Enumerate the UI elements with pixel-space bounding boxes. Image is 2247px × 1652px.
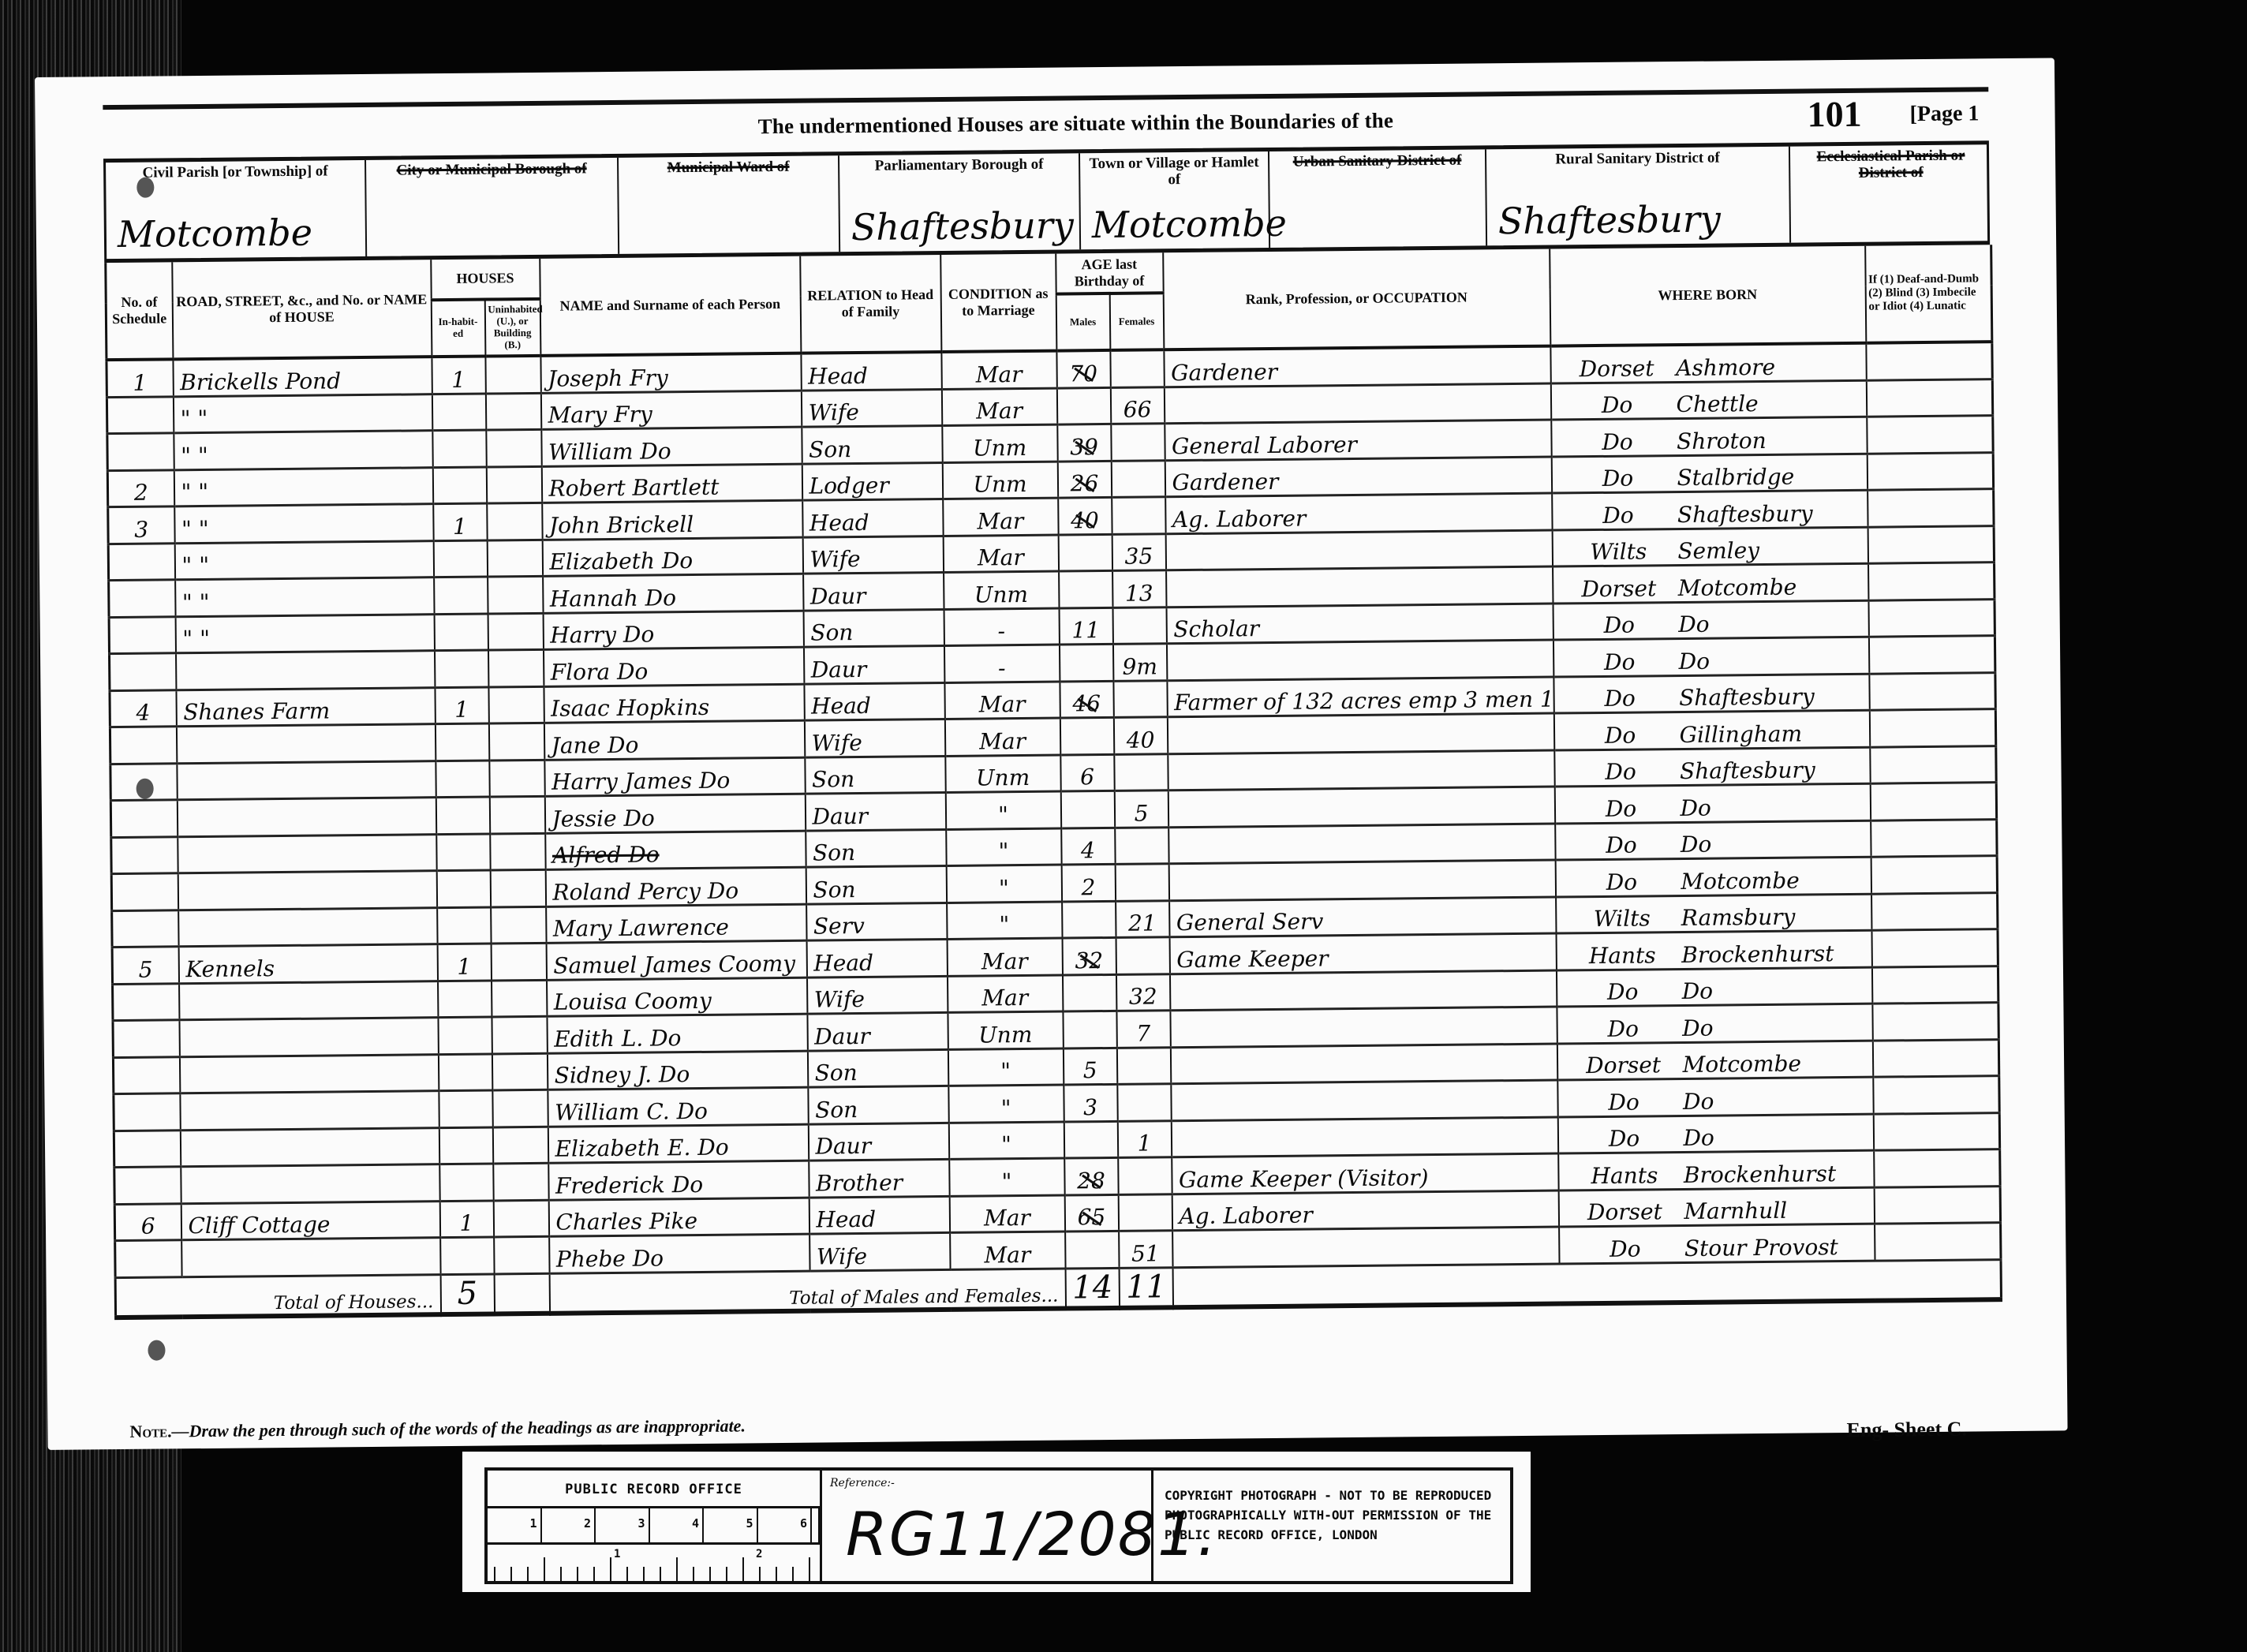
marital-condition-text: - xyxy=(997,618,1005,644)
marital-condition-text: " xyxy=(998,838,1008,864)
scale-tick xyxy=(693,1567,694,1581)
person-name-text: Robert Bartlett xyxy=(548,474,719,502)
female-age xyxy=(1116,937,1169,974)
marital-condition-text: Mar xyxy=(976,398,1023,424)
col-males: Males xyxy=(1056,293,1110,350)
person-name-text: Mary Lawrence xyxy=(553,914,729,942)
marital-condition: Unm xyxy=(944,571,1059,609)
inhabited-count xyxy=(438,981,492,1018)
relation-text: Son xyxy=(813,839,855,866)
relation: Son xyxy=(808,1086,948,1124)
schedule-no xyxy=(114,1093,180,1131)
census-table: No. of Schedule ROAD, STREET, &c., and N… xyxy=(104,245,2002,1320)
occupation xyxy=(1167,713,1553,753)
born-county: Dorset xyxy=(1564,1052,1682,1078)
schedule-no-text: 1 xyxy=(133,369,147,395)
record-office-card: PUBLIC RECORD OFFICE 123456 12 Reference… xyxy=(462,1452,1531,1592)
occupation: Farmer of 132 acres emp 3 men 1 boy xyxy=(1167,677,1553,717)
person-name-text: Isaac Hopkins xyxy=(551,694,709,722)
birthplace: DoShaftesbury xyxy=(1552,490,1868,529)
reference-block: Reference:- RG11/2081. xyxy=(822,1471,1153,1581)
born-county: Do xyxy=(1564,978,1682,1005)
house-address-text: " " xyxy=(182,589,210,615)
person-name-text: Flora Do xyxy=(551,658,649,685)
inhabited-count xyxy=(432,467,486,504)
relation: Wife xyxy=(809,1233,950,1271)
scale-tick xyxy=(776,1567,777,1581)
boundary-cell: Municipal Ward of xyxy=(619,155,840,254)
male-age xyxy=(1062,901,1116,938)
relation-text: Head xyxy=(816,1206,876,1233)
inhabited-count-text: 1 xyxy=(457,953,471,979)
scale-tick xyxy=(809,1557,810,1581)
reference-value: RG11/2081. xyxy=(846,1499,1218,1569)
marital-condition-text: Mar xyxy=(984,1205,1030,1232)
uninhabited-count xyxy=(485,356,540,394)
boundary-label: Rural Sanitary District of xyxy=(1493,150,1782,169)
female-age-text: 35 xyxy=(1124,544,1153,570)
birthplace: DoStalbridge xyxy=(1551,454,1867,493)
boundary-cell: Urban Sanitary District of xyxy=(1269,149,1487,248)
person-name-text: Hannah Do xyxy=(550,585,676,612)
born-county: Hants xyxy=(1563,942,1681,969)
marital-condition: Mar xyxy=(941,351,1056,389)
relation-text: Daur xyxy=(811,656,867,683)
uninhabited-count xyxy=(493,1200,548,1237)
house-address-text: " " xyxy=(182,626,210,652)
born-county: Do xyxy=(1561,685,1679,712)
infirmity xyxy=(1868,599,1995,637)
schedule-no xyxy=(110,800,177,837)
schedule-no: 1 xyxy=(107,359,173,397)
male-age: 11 xyxy=(1059,607,1112,645)
infirmity xyxy=(1869,709,1995,747)
born-place: Motcombe xyxy=(1678,574,1797,600)
born-county: Wilts xyxy=(1559,538,1677,565)
uninhabited-count xyxy=(492,1053,547,1090)
census-form: The undermentioned Houses are situate wi… xyxy=(103,87,2000,1319)
female-age xyxy=(1111,424,1165,461)
occupation xyxy=(1171,1080,1557,1120)
uninhabited-count xyxy=(489,796,544,833)
house-address xyxy=(177,761,436,800)
person-name: Harry Do xyxy=(543,611,803,650)
person-name-text: Harry Do xyxy=(550,622,654,648)
relation-text: Head xyxy=(808,363,868,390)
born-place: Do xyxy=(1682,978,1714,1004)
uninhabited-count xyxy=(486,466,541,503)
inhabited-count-text: 1 xyxy=(451,366,465,392)
marital-condition-text: Unm xyxy=(978,1022,1033,1048)
col-houses: HOUSES xyxy=(431,259,540,301)
uninhabited-count xyxy=(490,833,545,870)
scale-inch-mark: 2 xyxy=(756,1548,762,1560)
male-age: 2 xyxy=(1061,865,1115,902)
marital-condition-text: " xyxy=(999,875,1009,901)
male-age: 32 xyxy=(1062,938,1116,975)
inhabited-count xyxy=(435,723,488,761)
total-houses-label: Total of Houses... xyxy=(115,1274,440,1317)
occupation xyxy=(1164,383,1550,424)
sheet-id: Eng- Sheet C. xyxy=(1846,1418,1967,1442)
occupation-text: Ag. Laborer xyxy=(1172,505,1307,533)
footnote: Note.—Draw the pen through such of the w… xyxy=(129,1415,746,1441)
birthplace: DoDo xyxy=(1557,1077,1873,1116)
occupation xyxy=(1168,787,1554,827)
marital-condition-text: " xyxy=(999,911,1009,937)
marital-condition-text: Mar xyxy=(979,691,1026,718)
inhabited-count xyxy=(432,430,486,467)
infirmity xyxy=(1868,489,1994,527)
male-age-text: 70 xyxy=(1069,361,1097,387)
person-name: Roland Percy Do xyxy=(545,867,806,906)
schedule-no xyxy=(114,1167,181,1204)
boundary-cell: Rural Sanitary District of Shaftesbury xyxy=(1486,147,1791,246)
marital-condition: " xyxy=(948,1122,1064,1160)
uninhabited-count xyxy=(488,723,544,760)
occupation xyxy=(1172,1227,1559,1267)
schedule-no xyxy=(110,653,176,690)
house-address: " " xyxy=(173,394,432,433)
person-name: Samuel James Coomy xyxy=(546,940,806,980)
female-age-text: 51 xyxy=(1131,1240,1160,1266)
schedule-no xyxy=(108,543,174,580)
male-age-text: 3 xyxy=(1083,1094,1097,1120)
house-address xyxy=(180,1127,439,1167)
male-age-text: 28 xyxy=(1077,1168,1105,1194)
relation: Daur xyxy=(807,1013,948,1051)
born-place: Brockenhurst xyxy=(1684,1161,1836,1188)
uninhabited-count xyxy=(488,576,543,613)
male-age xyxy=(1058,534,1112,571)
born-place: Brockenhurst xyxy=(1681,940,1834,968)
female-age-text: 5 xyxy=(1134,800,1148,826)
occupation xyxy=(1168,824,1555,864)
folio-number: 101 xyxy=(1807,93,1862,136)
female-age: 21 xyxy=(1116,900,1169,937)
person-name: Sidney J. Do xyxy=(547,1051,807,1090)
marital-condition: Mar xyxy=(944,682,1060,719)
relation: Son xyxy=(806,829,946,867)
birthplace: HantsBrockenhurst xyxy=(1556,930,1871,970)
female-age: 66 xyxy=(1110,387,1164,424)
born-place: Stalbridge xyxy=(1677,464,1794,491)
female-age-text: 13 xyxy=(1125,580,1153,606)
person-name-text: Charles Pike xyxy=(555,1208,697,1235)
born-place: Shaftesbury xyxy=(1677,500,1813,528)
total-houses-value: 5 xyxy=(440,1274,494,1314)
female-age: 7 xyxy=(1116,1011,1170,1048)
schedule-no xyxy=(115,1240,181,1277)
born-place: Motcombe xyxy=(1682,1051,1801,1078)
born-place: Do xyxy=(1682,1015,1714,1041)
house-address: Brickells Pond xyxy=(173,357,432,396)
marital-condition: Mar xyxy=(943,535,1058,573)
inhabited-count: 1 xyxy=(432,357,485,394)
schedule-no: 3 xyxy=(108,506,174,544)
male-age: 28 xyxy=(1064,1158,1118,1195)
inhabited-count: 1 xyxy=(437,944,491,981)
col-address: ROAD, STREET, &c., and No. or NAME of HO… xyxy=(172,260,432,359)
person-name-text: Mary Fry xyxy=(548,402,652,428)
col-schedule: No. of Schedule xyxy=(106,262,173,360)
occupation-text: Farmer of 132 acres emp 3 men 1 boy xyxy=(1174,686,1553,716)
footnote-lead: Note. xyxy=(129,1421,171,1441)
scale-tick xyxy=(726,1567,727,1581)
house-address-text: Kennels xyxy=(185,955,275,982)
person-name: Flora Do xyxy=(543,647,803,686)
scale-cm-mark: 3 xyxy=(596,1508,650,1542)
scale-tick xyxy=(560,1567,562,1581)
occupation: Game Keeper (Visitor) xyxy=(1172,1153,1558,1194)
born-place: Shroton xyxy=(1677,428,1767,454)
scale-tick xyxy=(527,1567,529,1581)
female-age: 35 xyxy=(1112,533,1165,570)
relation: Daur xyxy=(803,646,944,684)
born-county: Do xyxy=(1561,722,1679,749)
occupation-text: Game Keeper xyxy=(1176,945,1329,973)
male-age-text: 11 xyxy=(1071,617,1100,643)
relation-text: Son xyxy=(812,766,854,793)
house-address-text: " " xyxy=(181,552,209,578)
female-age xyxy=(1115,827,1168,864)
uninhabited-count xyxy=(492,1127,548,1164)
relation: Son xyxy=(806,866,946,904)
schedule-no-text: 6 xyxy=(141,1213,155,1239)
scale-tick xyxy=(610,1557,611,1581)
schedule-no: 5 xyxy=(112,947,178,984)
boundary-value: Shaftesbury xyxy=(851,204,1074,249)
born-county: Do xyxy=(1560,611,1678,638)
uninhabited-count xyxy=(486,429,541,466)
inhabited-count xyxy=(436,761,489,798)
infirmity xyxy=(1868,563,1995,600)
scale-tick xyxy=(792,1567,794,1581)
person-name-text: William C. Do xyxy=(555,1097,708,1125)
marital-condition-text: " xyxy=(1001,1168,1011,1194)
born-county: Do xyxy=(1561,758,1680,785)
col-condition: CONDITION as to Marriage xyxy=(940,254,1056,353)
birthplace: DoGillingham xyxy=(1553,710,1869,749)
male-age xyxy=(1063,1011,1116,1048)
birthplace: DorsetAshmore xyxy=(1550,343,1866,383)
male-age-text: 46 xyxy=(1072,690,1101,716)
female-age xyxy=(1116,1047,1170,1084)
inhabited-count xyxy=(436,834,490,871)
inhabited-count xyxy=(435,650,488,687)
relation-text: Wife xyxy=(811,730,862,757)
male-age: 3 xyxy=(1064,1085,1117,1122)
occupation-text: Gardener xyxy=(1172,469,1278,495)
birthplace: DoDo xyxy=(1557,1004,1872,1043)
boundary-label: Ecclesiastical Parish or District of xyxy=(1796,148,1985,182)
occupation: Scholar xyxy=(1166,604,1553,644)
relation-text: Lodger xyxy=(809,473,889,499)
schedule-no xyxy=(109,616,175,653)
born-county: Do xyxy=(1562,832,1681,858)
scale-tick xyxy=(759,1567,761,1581)
schedule-no xyxy=(109,580,175,617)
scale-tick xyxy=(544,1557,545,1581)
born-place: Do xyxy=(1683,1125,1714,1151)
inhabited-count xyxy=(434,577,488,614)
occupation-text: Game Keeper (Visitor) xyxy=(1179,1164,1429,1193)
female-age xyxy=(1117,1084,1171,1121)
marital-condition: Unm xyxy=(948,1011,1063,1049)
scale-tick xyxy=(709,1567,711,1581)
relation: Son xyxy=(805,756,945,794)
occupation xyxy=(1166,640,1553,680)
born-place: Chettle xyxy=(1676,391,1758,417)
relation: Daur xyxy=(808,1123,948,1161)
infirmity xyxy=(1871,929,1998,967)
birthplace: DorsetMotcombe xyxy=(1557,1041,1872,1080)
born-county: Do xyxy=(1558,465,1677,491)
form-heading: The undermentioned Houses are situate wi… xyxy=(757,108,1393,139)
punch-hole xyxy=(148,1340,165,1360)
female-age-text: 40 xyxy=(1127,727,1155,753)
boundary-label: Municipal Ward of xyxy=(625,159,832,177)
scale-block: PUBLIC RECORD OFFICE 123456 12 xyxy=(488,1471,822,1581)
male-age: 4 xyxy=(1061,828,1115,865)
col-uninhabited: Uninhabited (U.), or Building (B.) xyxy=(484,299,540,356)
scale-tick xyxy=(643,1567,645,1581)
house-address: " " xyxy=(174,467,432,506)
person-name-text: William Do xyxy=(548,438,671,465)
house-address xyxy=(179,1018,438,1057)
birthplace: WiltsRamsbury xyxy=(1556,894,1871,933)
occupation-text: General Laborer xyxy=(1172,432,1357,459)
house-address-text: " " xyxy=(181,443,208,469)
occupation: General Serv xyxy=(1169,897,1556,937)
born-county: Do xyxy=(1559,502,1677,529)
female-age xyxy=(1110,349,1164,387)
schedule-no xyxy=(111,873,178,910)
marital-condition-text: Unm xyxy=(973,435,1027,462)
relation-text: Son xyxy=(810,619,853,646)
male-age: 65 xyxy=(1064,1194,1118,1232)
uninhabited-count xyxy=(491,906,546,944)
schedule-no xyxy=(112,910,178,947)
female-age-text: 1 xyxy=(1137,1131,1151,1157)
birthplace: DoChettle xyxy=(1550,380,1866,420)
female-age: 5 xyxy=(1114,790,1168,828)
uninhabited-count xyxy=(487,503,542,540)
female-age: 13 xyxy=(1112,570,1166,607)
boundary-label: Urban Sanitary District of xyxy=(1276,152,1479,170)
male-age xyxy=(1062,974,1116,1011)
born-place: Marnhull xyxy=(1684,1198,1787,1224)
marital-condition: " xyxy=(945,791,1060,829)
relation: Wife xyxy=(801,389,941,427)
boundary-value: Motcombe xyxy=(1092,202,1288,246)
female-age-text: 32 xyxy=(1129,984,1157,1010)
col-inhabited: In-habit-ed xyxy=(431,300,485,357)
col-where-born: WHERE BORN xyxy=(1550,246,1866,346)
person-name-text: Phebe Do xyxy=(556,1245,664,1272)
born-place: Ashmore xyxy=(1676,353,1775,380)
house-address xyxy=(176,651,435,690)
person-name: Hannah Do xyxy=(543,574,803,613)
house-address: " " xyxy=(174,431,432,470)
marital-condition-text: Mar xyxy=(978,544,1024,571)
relation: Head xyxy=(801,352,941,391)
total-males: 14 xyxy=(1065,1268,1119,1308)
inhabited-count-text: 1 xyxy=(454,697,469,723)
marital-condition-text: Mar xyxy=(981,948,1028,975)
inhabited-count xyxy=(440,1237,494,1274)
house-address xyxy=(178,871,436,910)
female-age-text: 7 xyxy=(1136,1020,1150,1046)
uninhabited-count xyxy=(492,1016,547,1053)
uninhabited-count xyxy=(494,1236,549,1273)
marital-condition-text: Unm xyxy=(974,581,1029,608)
relation: Wife xyxy=(802,536,943,574)
person-name: Elizabeth Do xyxy=(542,537,802,577)
relation-text: Daur xyxy=(810,583,866,610)
infirmity xyxy=(1867,452,1993,490)
birthplace: DoShroton xyxy=(1551,417,1867,456)
infirmity xyxy=(1870,783,1996,820)
infirmity xyxy=(1868,525,1994,563)
person-name: Harry James Do xyxy=(544,757,805,797)
male-age: 70 xyxy=(1056,350,1110,388)
inhabited-count: 1 xyxy=(433,503,487,540)
marital-condition-text: Mar xyxy=(976,361,1023,388)
marital-condition: Mar xyxy=(949,1195,1064,1233)
relation-text: Son xyxy=(809,436,851,463)
birthplace: DorsetMarnhull xyxy=(1558,1187,1874,1227)
uninhabited-count xyxy=(492,980,547,1017)
born-county: Do xyxy=(1561,648,1679,675)
infirmity xyxy=(1870,746,1996,783)
occupation xyxy=(1170,1007,1557,1047)
occupation xyxy=(1169,970,1556,1011)
col-relation: RELATION to Head of Family xyxy=(800,255,941,353)
relation-text: Daur xyxy=(815,1133,871,1160)
marital-condition-text: Mar xyxy=(981,985,1028,1011)
born-county: Do xyxy=(1562,869,1681,895)
relation: Head xyxy=(804,682,944,720)
house-address-text: Cliff Cottage xyxy=(188,1212,330,1239)
marital-condition: " xyxy=(947,902,1062,940)
relation-text: Serv xyxy=(813,913,865,940)
occupation xyxy=(1166,566,1553,607)
boundary-label: Parliamentary Borough of xyxy=(846,156,1072,175)
male-age-text: 26 xyxy=(1071,470,1099,496)
person-name-text: Joseph Fry xyxy=(548,364,668,391)
marital-condition: Mar xyxy=(941,388,1056,426)
male-age xyxy=(1056,387,1110,424)
person-name-text: Samuel James Coomy xyxy=(553,950,795,978)
born-county: Do xyxy=(1557,391,1676,418)
col-infirmity: If (1) Deaf-and-Dumb (2) Blind (3) Imbec… xyxy=(1865,245,1992,343)
col-occupation: Rank, Profession, or OCCUPATION xyxy=(1163,249,1550,350)
born-county: Do xyxy=(1561,795,1680,822)
relation: Lodger xyxy=(802,462,942,500)
occupation: Game Keeper xyxy=(1169,933,1556,974)
inhabited-count xyxy=(432,394,485,431)
relation: Daur xyxy=(803,573,944,611)
occupation-text: General Serv xyxy=(1176,908,1324,936)
inhabited-count-text: 1 xyxy=(453,513,467,539)
person-name: Louisa Coomy xyxy=(547,977,807,1017)
schedule-no-text: 4 xyxy=(136,700,150,726)
inhabited-count xyxy=(434,614,488,651)
schedule-no-text: 2 xyxy=(134,480,148,506)
female-age xyxy=(1112,497,1165,534)
female-age: 9m xyxy=(1112,644,1166,681)
